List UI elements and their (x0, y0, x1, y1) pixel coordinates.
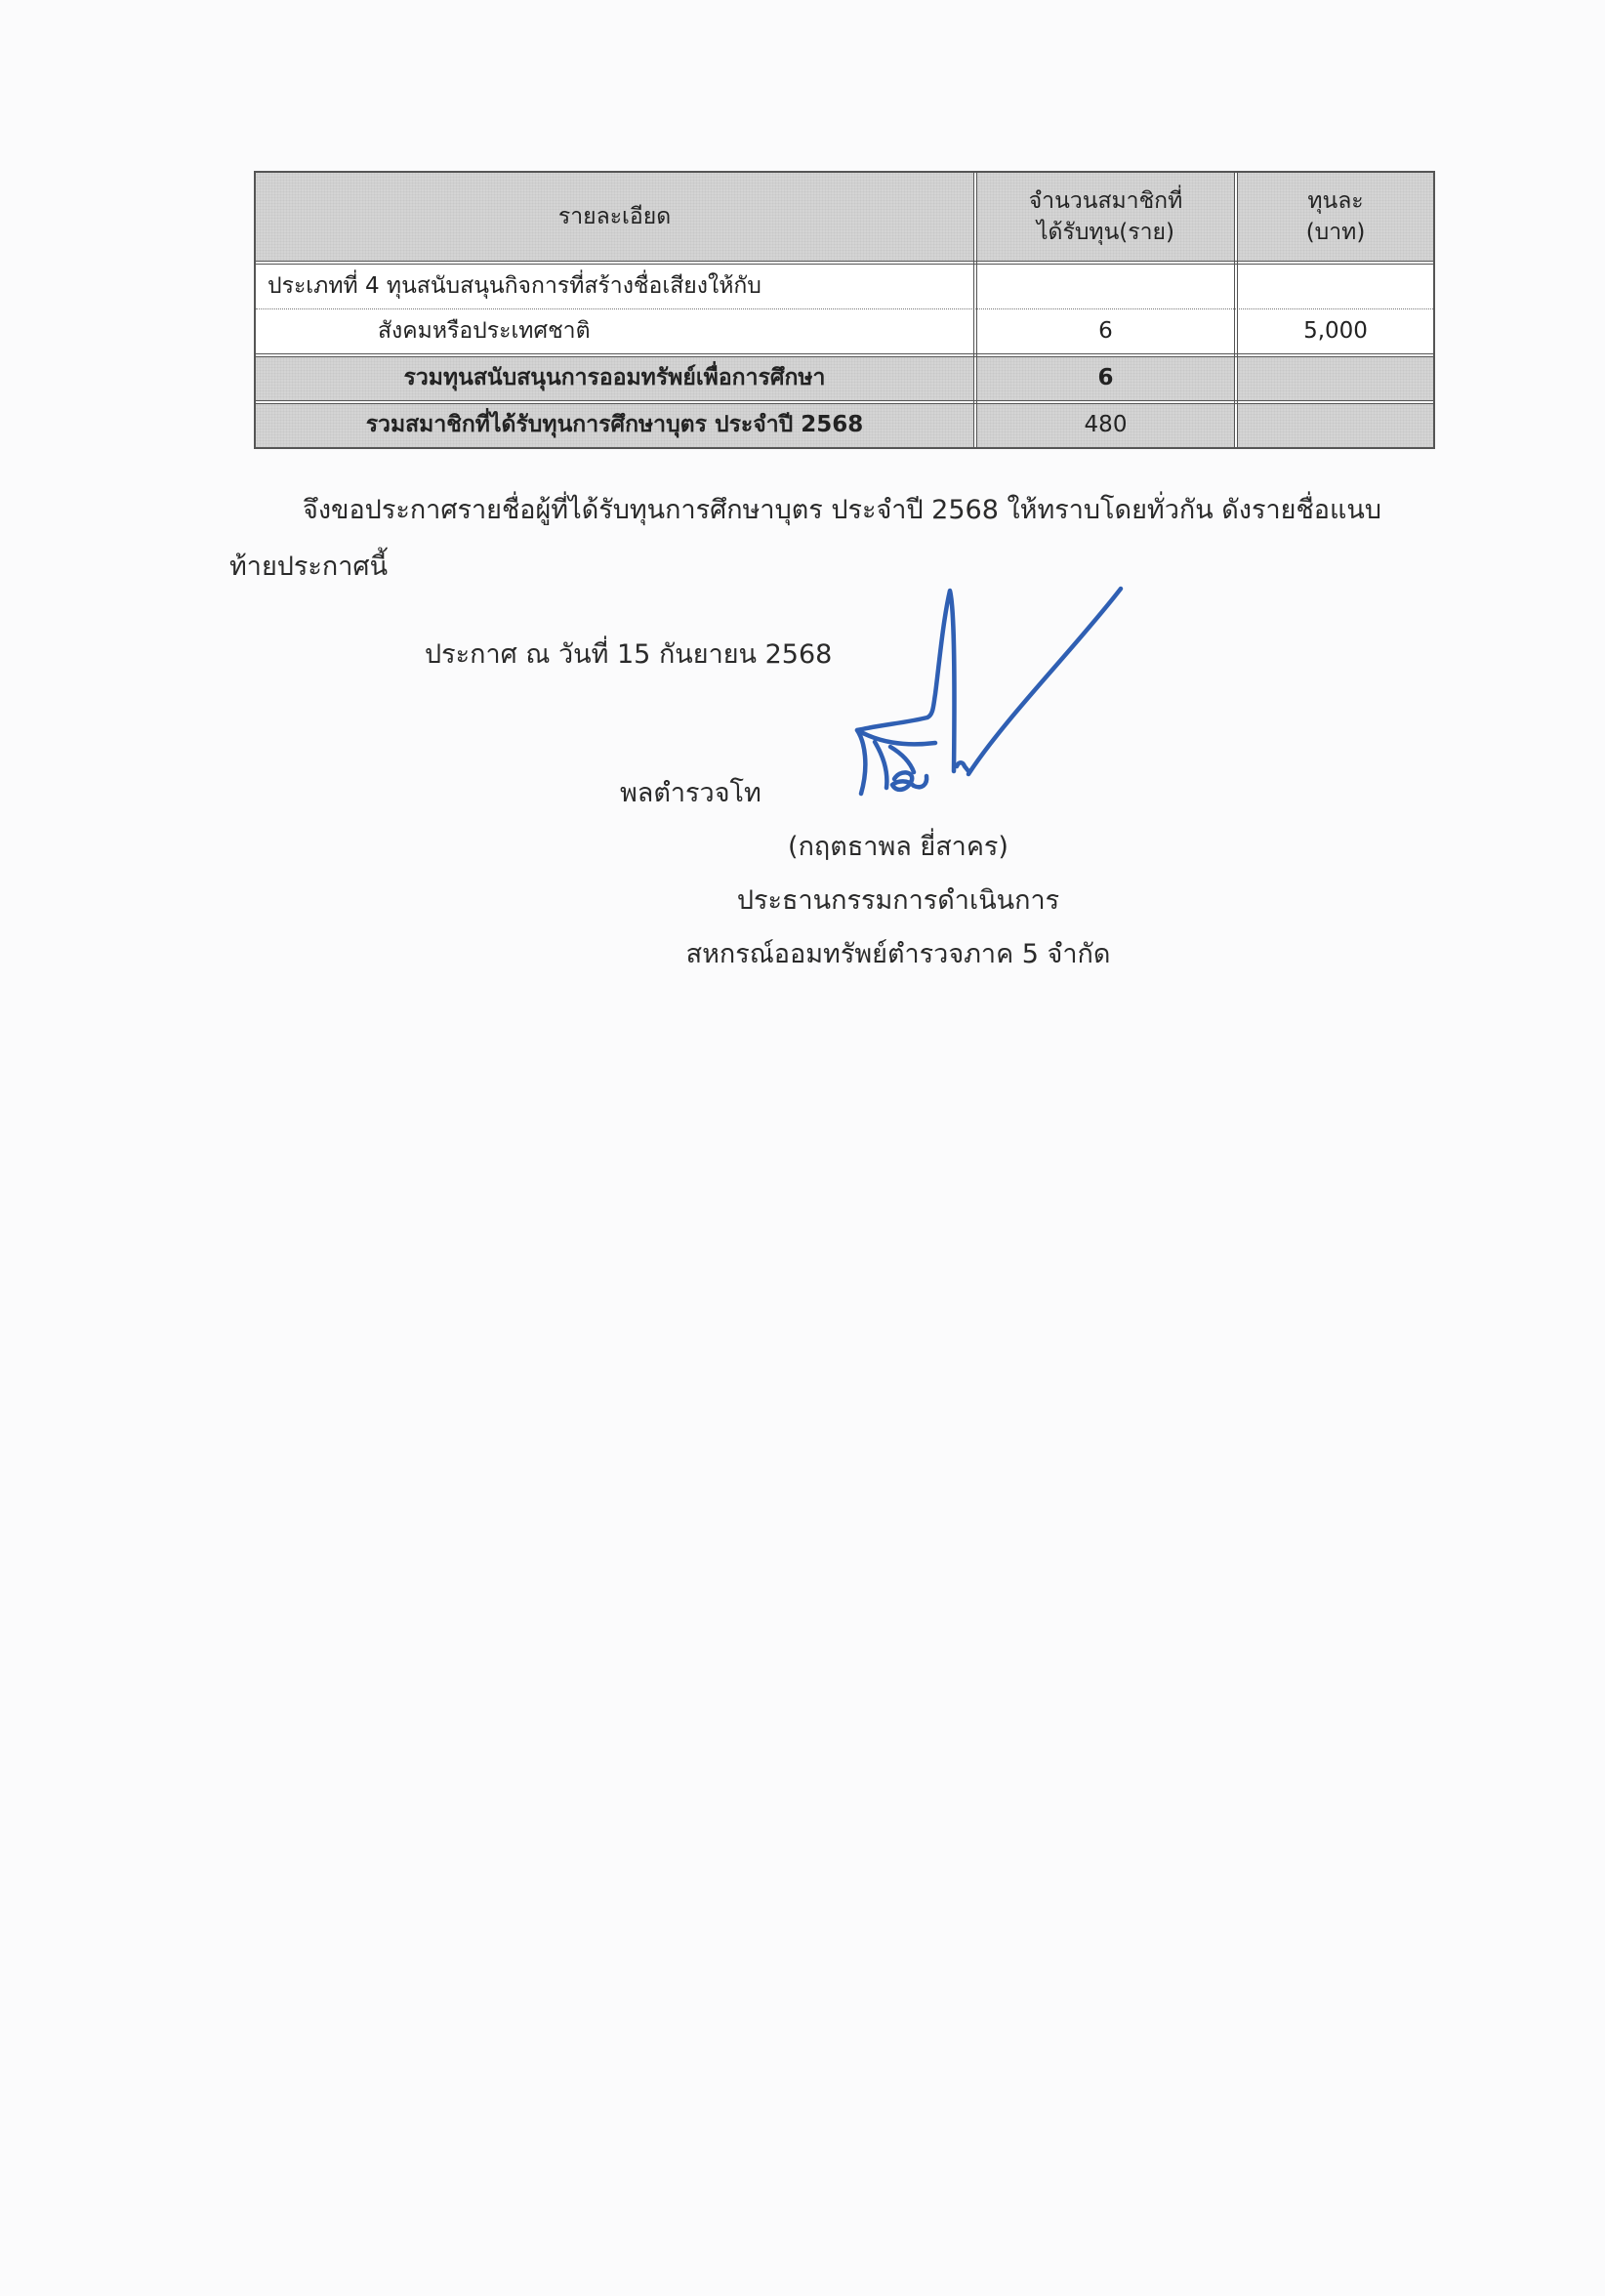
table-divider-dotted (256, 308, 1433, 309)
announcement-line1: จึงขอประกาศรายชื่อผู้ที่ได้รับทุนการศึกษ… (303, 488, 1381, 530)
table-divider (256, 353, 1433, 357)
header-amount-line1: ทุนละ (1307, 186, 1363, 217)
table-column-divider (1234, 173, 1238, 447)
grand-total-label: รวมสมาชิกที่ได้รับทุนการศึกษาบุตร ประจำป… (256, 404, 973, 447)
announcement-date: ประกาศ ณ วันที่ 15 กันยายน 2568 (425, 633, 832, 675)
header-members-line1: จำนวนสมาชิกที่ (1029, 186, 1183, 217)
row-detail-line2-text: สังคมหรือประเทศชาติ (378, 316, 591, 347)
row-detail-line1: ประเภทที่ 4 ทุนสนับสนุนกิจการที่สร้างชื่… (256, 266, 973, 308)
subtotal-members-value: 6 (1097, 363, 1113, 393)
announcement-line2: ท้ายประกาศนี้ (229, 545, 388, 587)
document-page: รายละเอียด จำนวนสมาชิกที่ ได้รับทุน(ราย)… (0, 0, 1605, 2296)
table-divider (256, 400, 1433, 404)
signatory-name: (กฤตธาพล ยี่สาคร) (788, 825, 1008, 867)
grand-total-members-value: 480 (1085, 410, 1128, 440)
subtotal-amount (1238, 357, 1433, 400)
signatory-organization: สหกรณ์ออมทรัพย์ตำรวจภาค 5 จำกัด (686, 932, 1111, 974)
row-members-value: 6 (1098, 316, 1113, 347)
subtotal-label: รวมทุนสนับสนุนการออมทรัพย์เพื่อการศึกษา (256, 357, 973, 400)
row-amount-value: 5,000 (1303, 316, 1368, 347)
row-detail-line1-text: ประเภทที่ 4 ทุนสนับสนุนกิจการที่สร้างชื่… (267, 271, 761, 302)
signature-image (830, 571, 1142, 805)
table-column-divider (973, 173, 977, 447)
header-members: จำนวนสมาชิกที่ ได้รับทุน(ราย) (977, 173, 1234, 262)
scholarship-table: รายละเอียด จำนวนสมาชิกที่ ได้รับทุน(ราย)… (254, 171, 1435, 449)
table-divider (256, 261, 1433, 265)
header-amount-line2: (บาท) (1306, 218, 1366, 248)
header-members-line2: ได้รับทุน(ราย) (1037, 218, 1174, 248)
grand-total-members: 480 (977, 404, 1234, 447)
grand-total-label-text: รวมสมาชิกที่ได้รับทุนการศึกษาบุตร ประจำป… (366, 410, 864, 440)
subtotal-label-text: รวมทุนสนับสนุนการออมทรัพย์เพื่อการศึกษา (404, 363, 826, 393)
row-amount: 5,000 (1238, 310, 1433, 353)
header-detail-text: รายละเอียด (558, 202, 671, 232)
grand-total-amount (1238, 404, 1433, 447)
subtotal-members: 6 (977, 357, 1234, 400)
header-detail: รายละเอียด (256, 173, 973, 262)
signatory-rank: พลตำรวจโท (620, 771, 761, 813)
signatory-position: ประธานกรรมการดำเนินการ (737, 879, 1059, 921)
row-detail-line2: สังคมหรือประเทศชาติ (256, 310, 973, 353)
row-members: 6 (977, 310, 1234, 353)
header-amount: ทุนละ (บาท) (1238, 173, 1433, 262)
